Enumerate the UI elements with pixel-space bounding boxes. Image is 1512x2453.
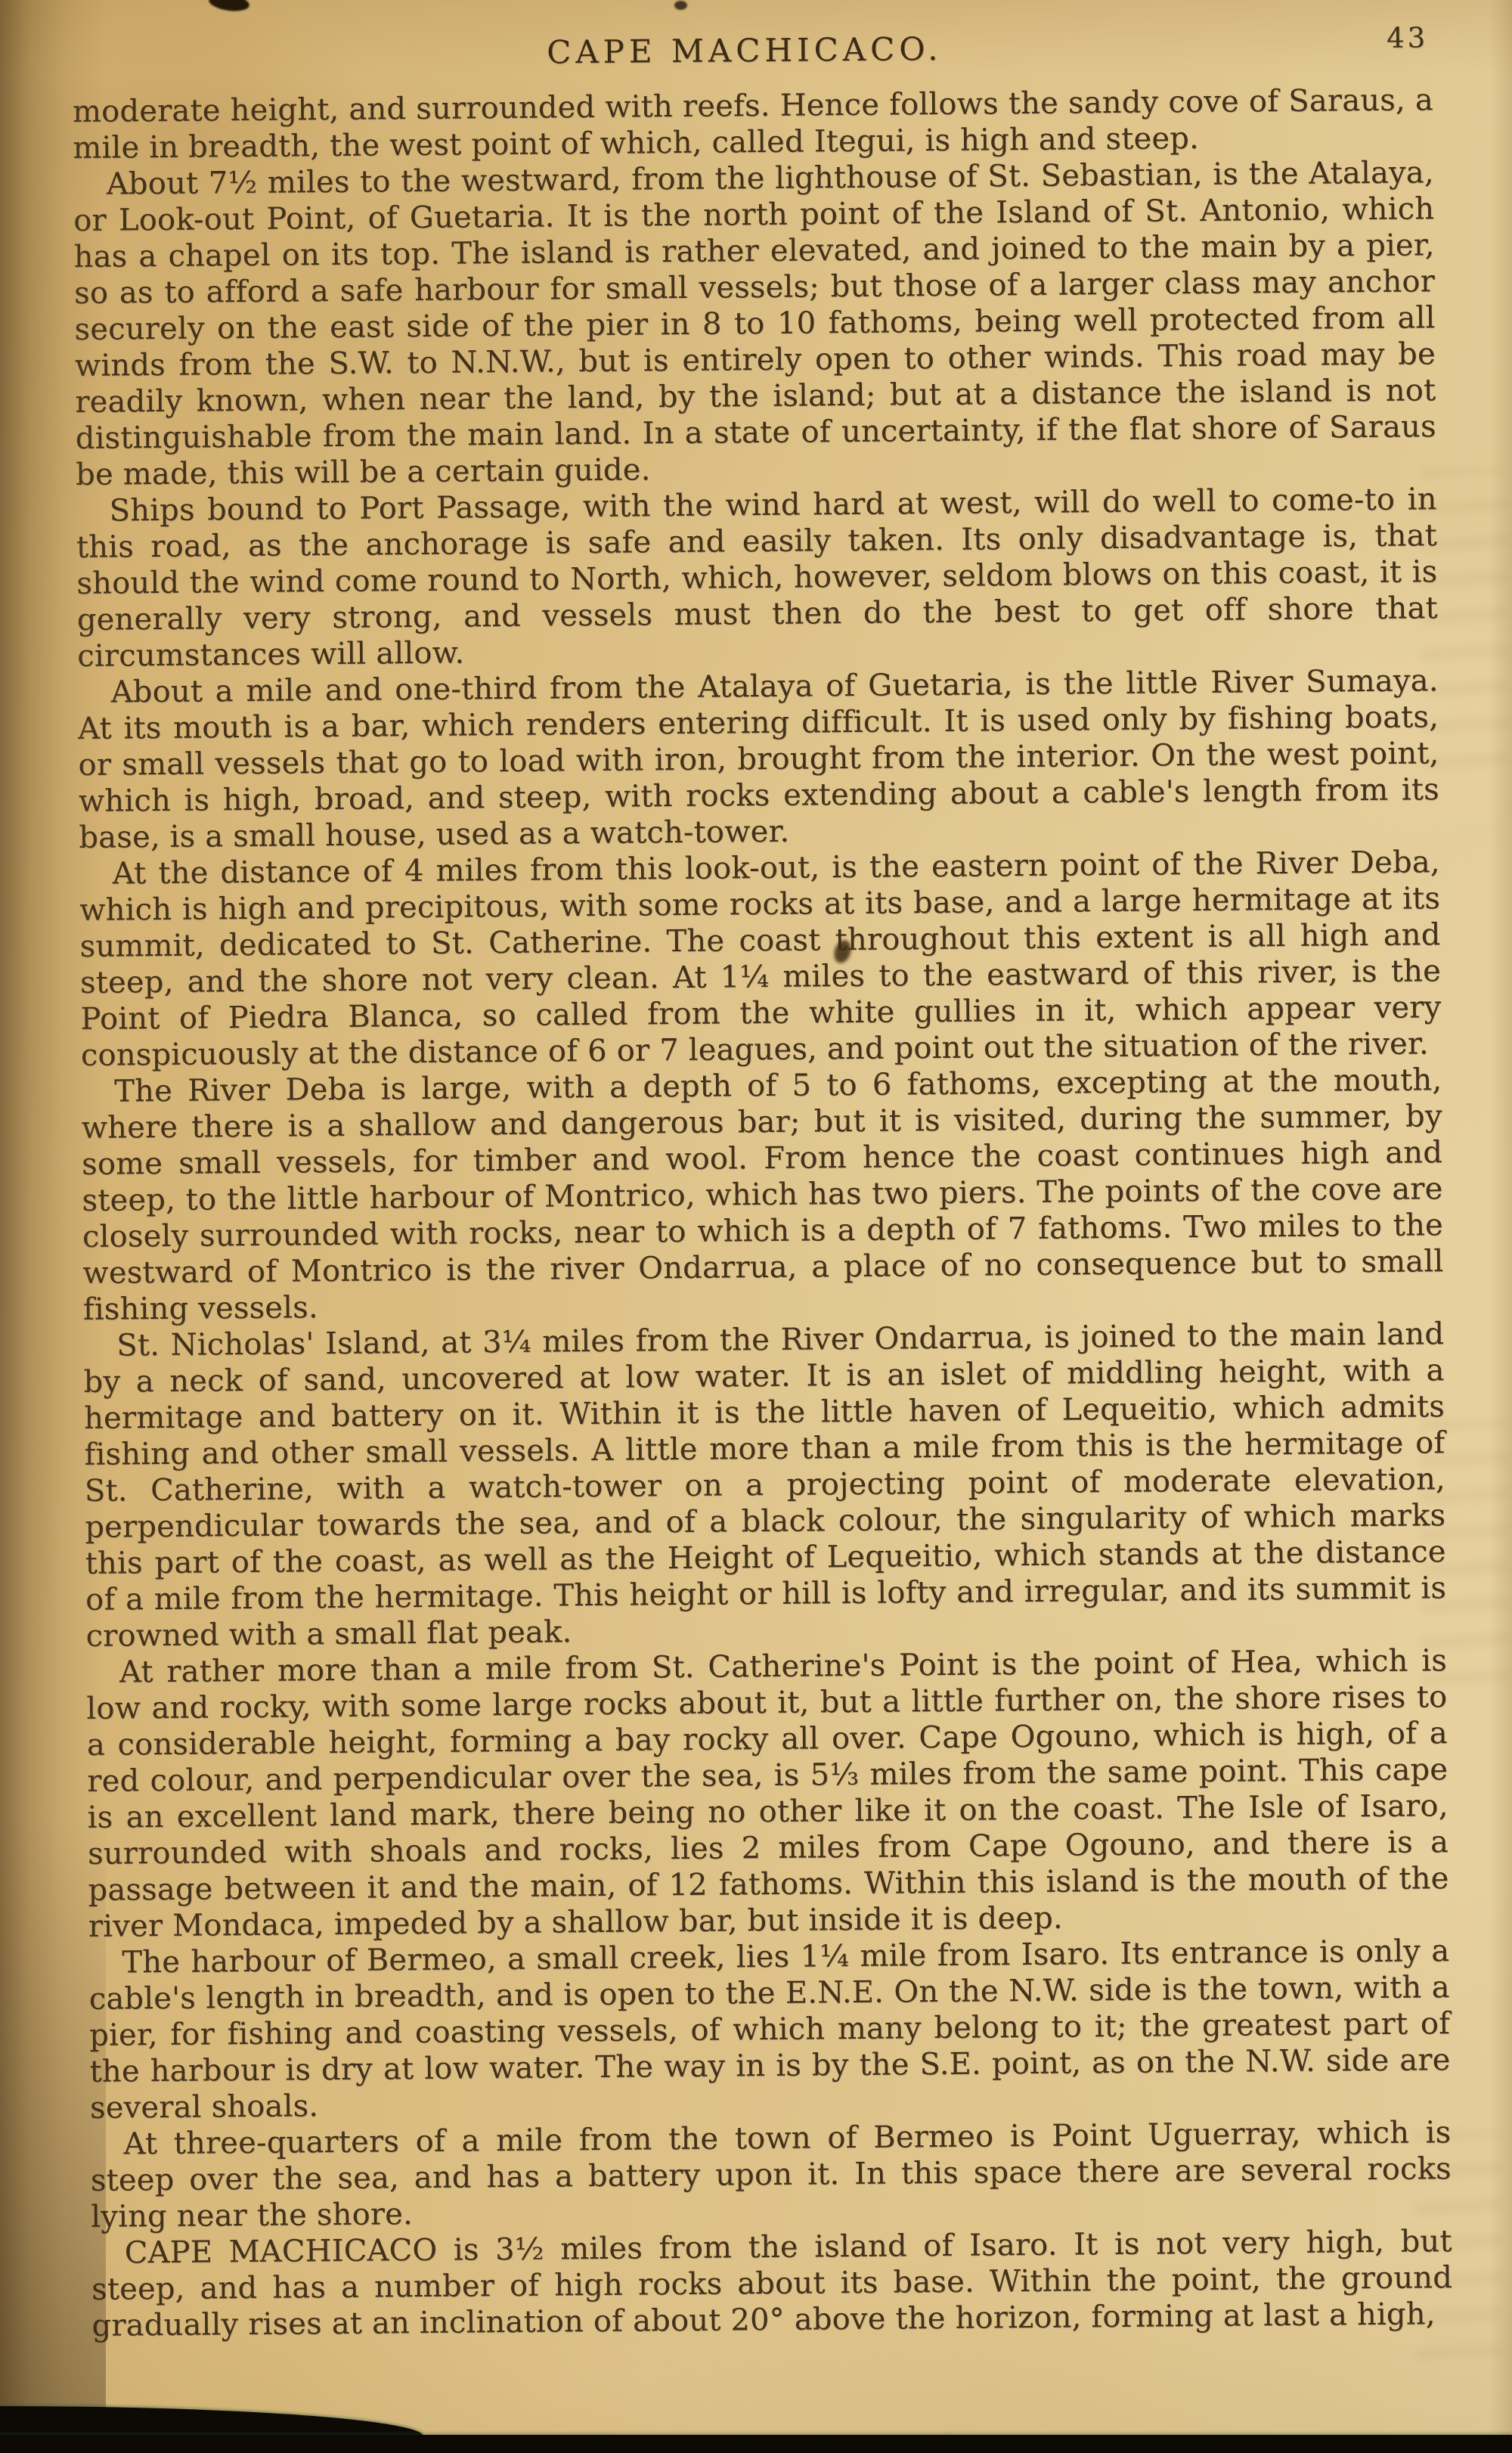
- paragraph-6: The River Deba is large, with a depth of…: [81, 1062, 1444, 1328]
- paragraph-7: St. Nicholas' Island, at 3¼ miles from t…: [83, 1316, 1447, 1654]
- paragraph-9: The harbour of Bermeo, a small creek, li…: [88, 1933, 1451, 2126]
- page-content: CAPE MACHICACO. 43 moderate height, and …: [72, 15, 1453, 2344]
- body-text: moderate height, and surrounded with ree…: [73, 82, 1453, 2344]
- page-right-edge-shadow: [1489, 0, 1512, 2453]
- paragraph-1: moderate height, and surrounded with ree…: [73, 82, 1434, 166]
- paragraph-8: At rather more than a mile from St. Cath…: [86, 1642, 1449, 1945]
- ink-speck: [674, 1, 687, 10]
- ink-blot: [208, 0, 250, 14]
- paragraph-11: CAPE MACHICACO is 3½ miles from the isla…: [91, 2223, 1453, 2344]
- running-title: CAPE MACHICACO.: [547, 30, 943, 71]
- book-binding-edge: [0, 2435, 1512, 2453]
- page-number: 43: [1387, 21, 1428, 54]
- paragraph-3: Ships bound to Port Passage, with the wi…: [76, 481, 1438, 674]
- page-header: CAPE MACHICACO. 43: [72, 15, 1433, 85]
- paragraph-2: About 7½ miles to the westward, from the…: [73, 154, 1437, 493]
- book-page-scan: CAPE MACHICACO. 43 moderate height, and …: [0, 0, 1512, 2453]
- paragraph-5: At the distance of 4 miles from this loo…: [79, 844, 1442, 1074]
- paragraph-4: About a mile and one-third from the Atal…: [77, 662, 1439, 856]
- paragraph-10: At three-quarters of a mile from the tow…: [90, 2114, 1452, 2235]
